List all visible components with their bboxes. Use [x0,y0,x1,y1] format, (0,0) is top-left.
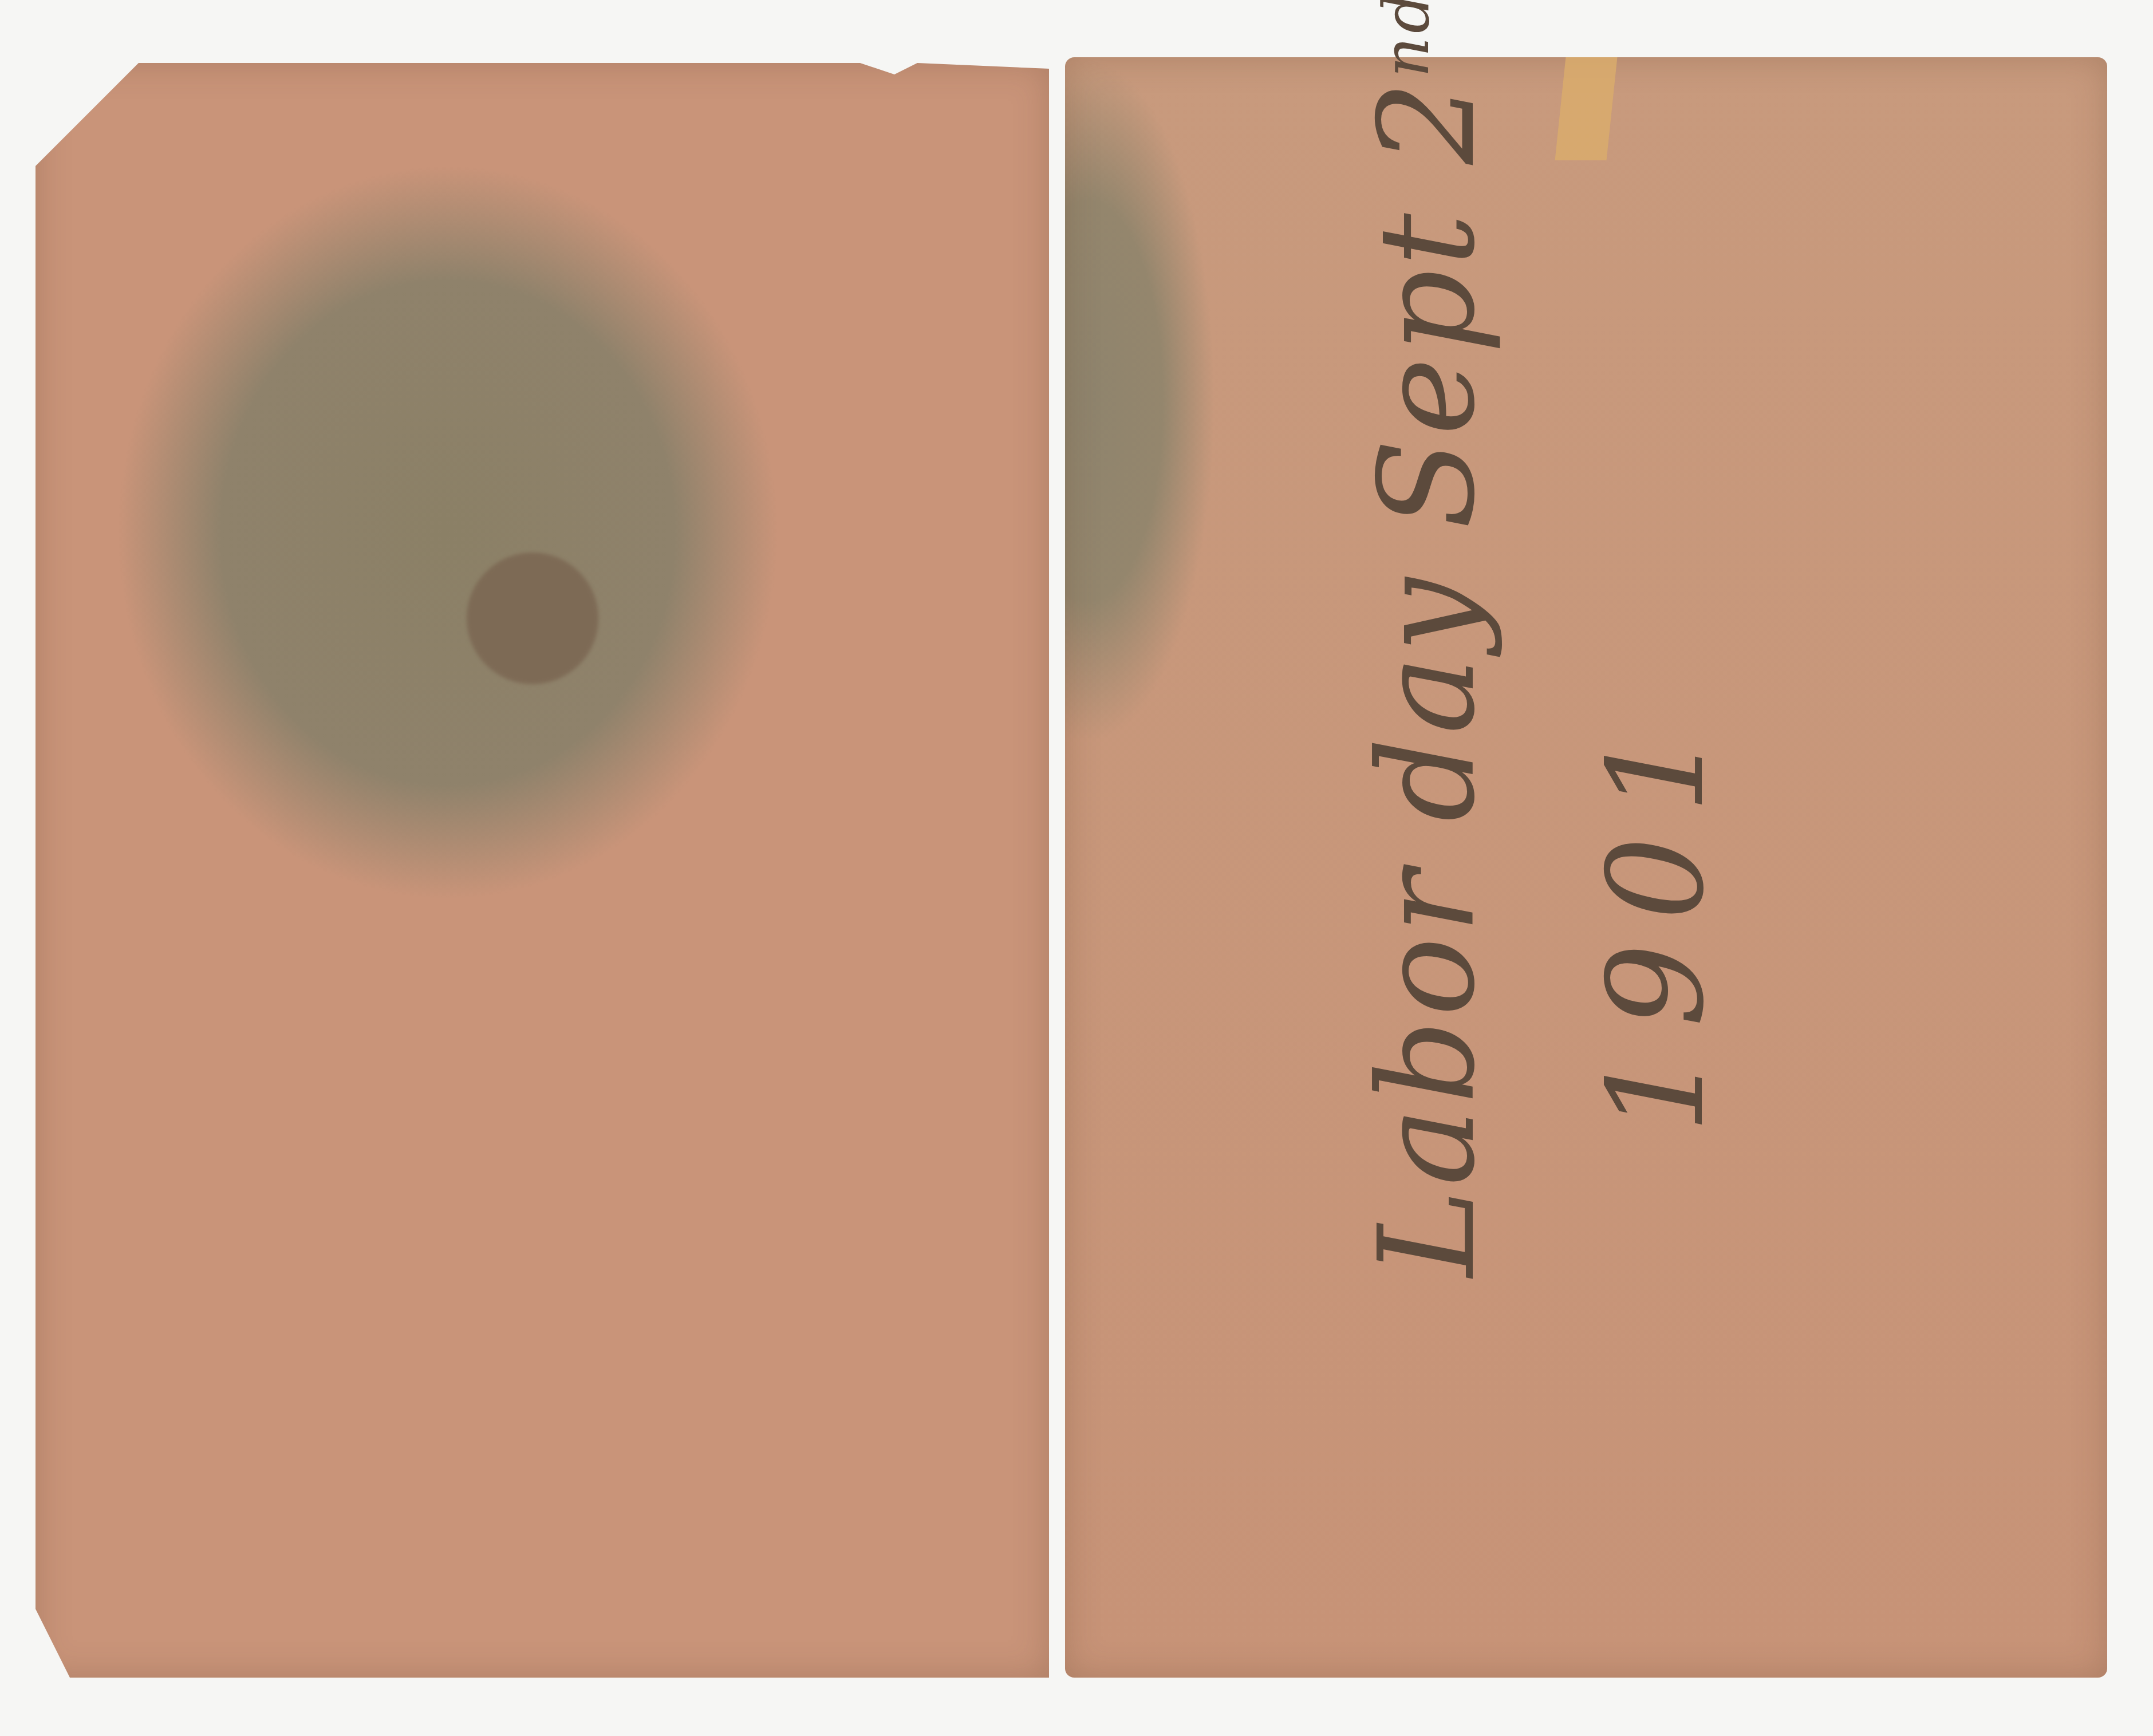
handwritten-year: 1901 [1580,707,1733,1134]
handwritten-date-line: Labor day Sept 2nd [1351,0,1504,1277]
fold-gap-bottom [1049,1466,1060,1683]
left-panel [36,63,1049,1678]
handwritten-superscript: nd [1370,0,1443,77]
fold-gap-top [1049,115,1060,366]
torn-paper-strip [1555,57,1618,160]
scanned-document: Labor day Sept 2nd 1901 [0,0,2153,1736]
handwritten-text: Labor day Sept 2 [1351,77,1504,1277]
dark-stain-spot [467,553,598,684]
